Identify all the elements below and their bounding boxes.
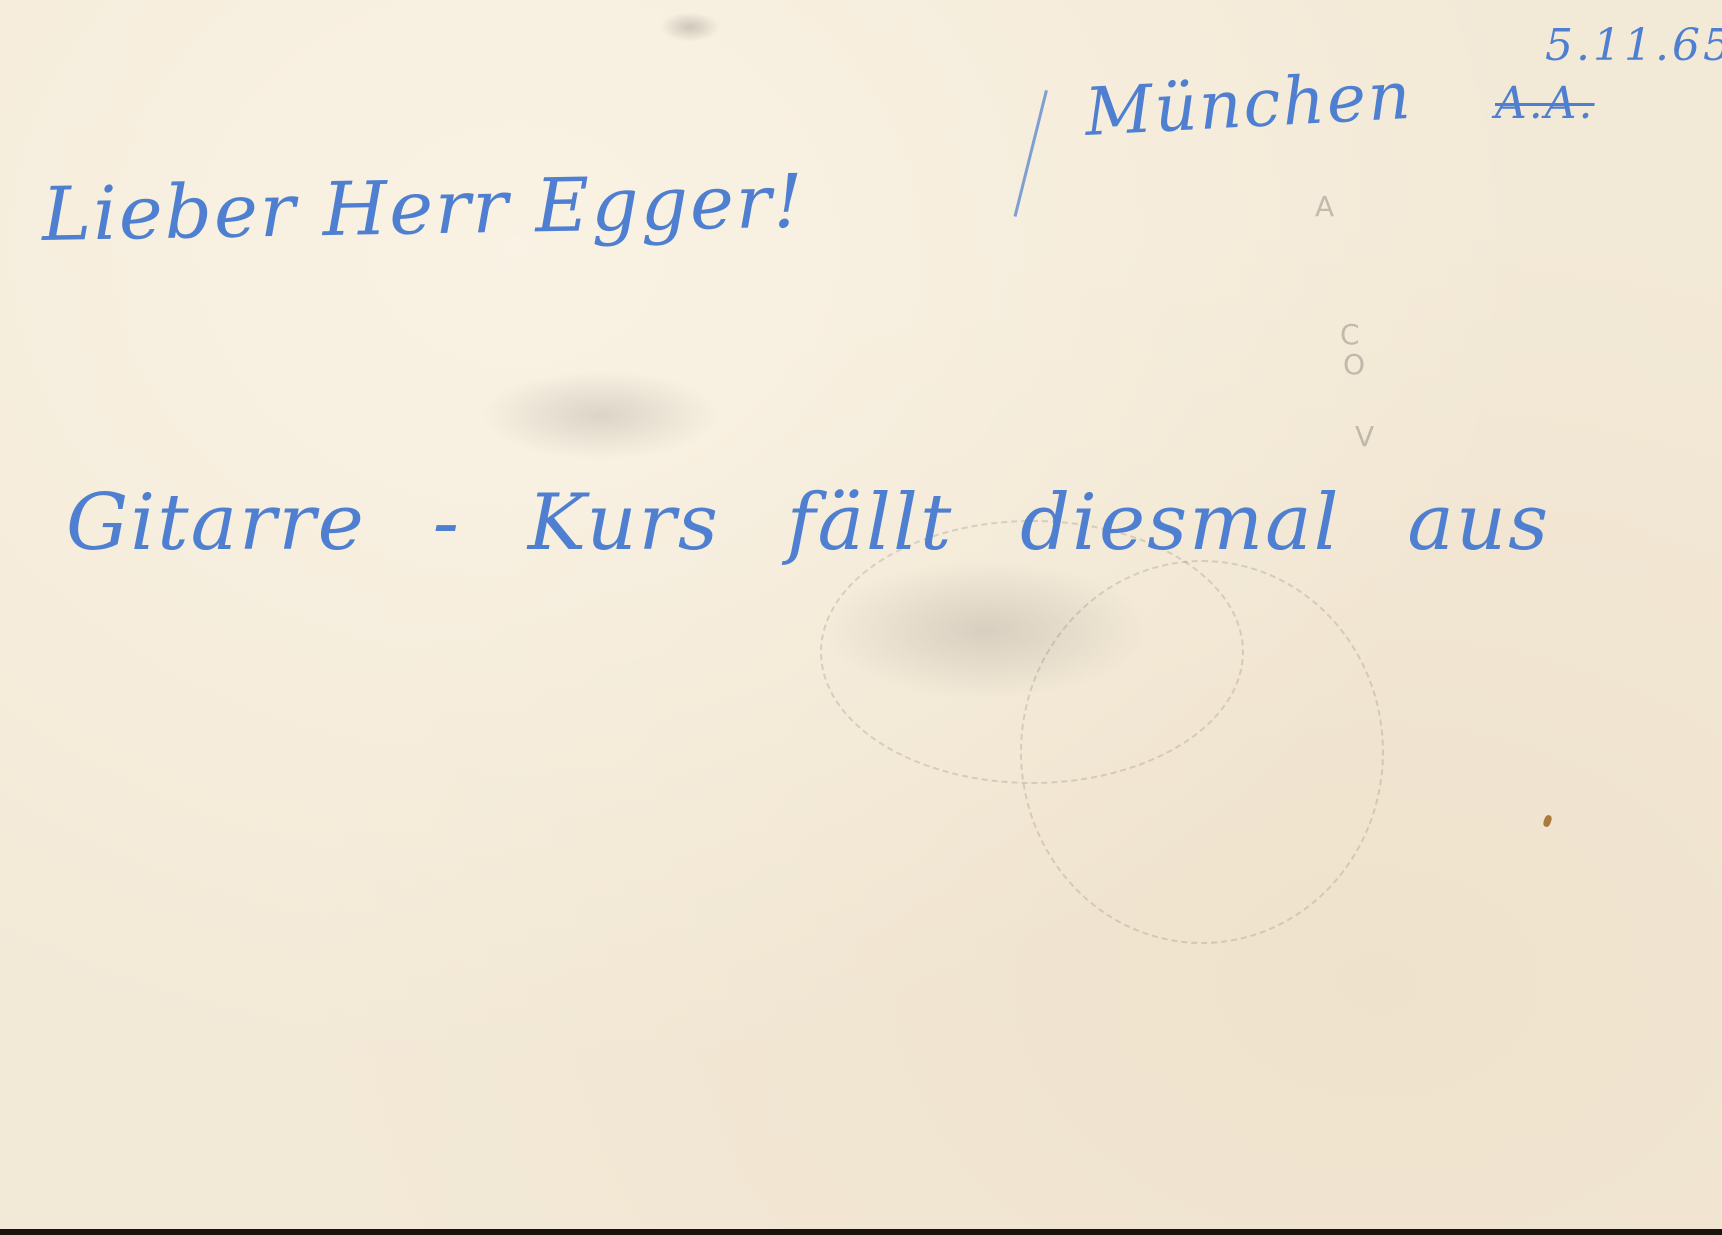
annotation-date: 5.11.65 [1545, 20, 1722, 71]
message-text: Gitarre - Kurs fällt diesmal aus [66, 478, 1550, 568]
bleed-through-mark: O [1343, 348, 1365, 381]
bleed-through-mark: C [1340, 318, 1360, 351]
postmark-smudge [660, 12, 720, 42]
annotation-stroke [1014, 90, 1048, 217]
scan-edge [0, 1229, 1722, 1235]
paper-fleck [1542, 814, 1553, 828]
bleed-through-mark: V [1355, 420, 1374, 453]
greeting-text: Lieber Herr Egger! [41, 159, 805, 258]
annotation-place: München [1083, 57, 1414, 151]
postmark-smudge [480, 370, 720, 460]
postcard-back: A C O V Lieber Herr Egger! Gitarre - Kur… [0, 0, 1722, 1229]
annotation-initials-struck: A.A. [1495, 78, 1595, 129]
bleed-through-mark: A [1315, 190, 1334, 223]
